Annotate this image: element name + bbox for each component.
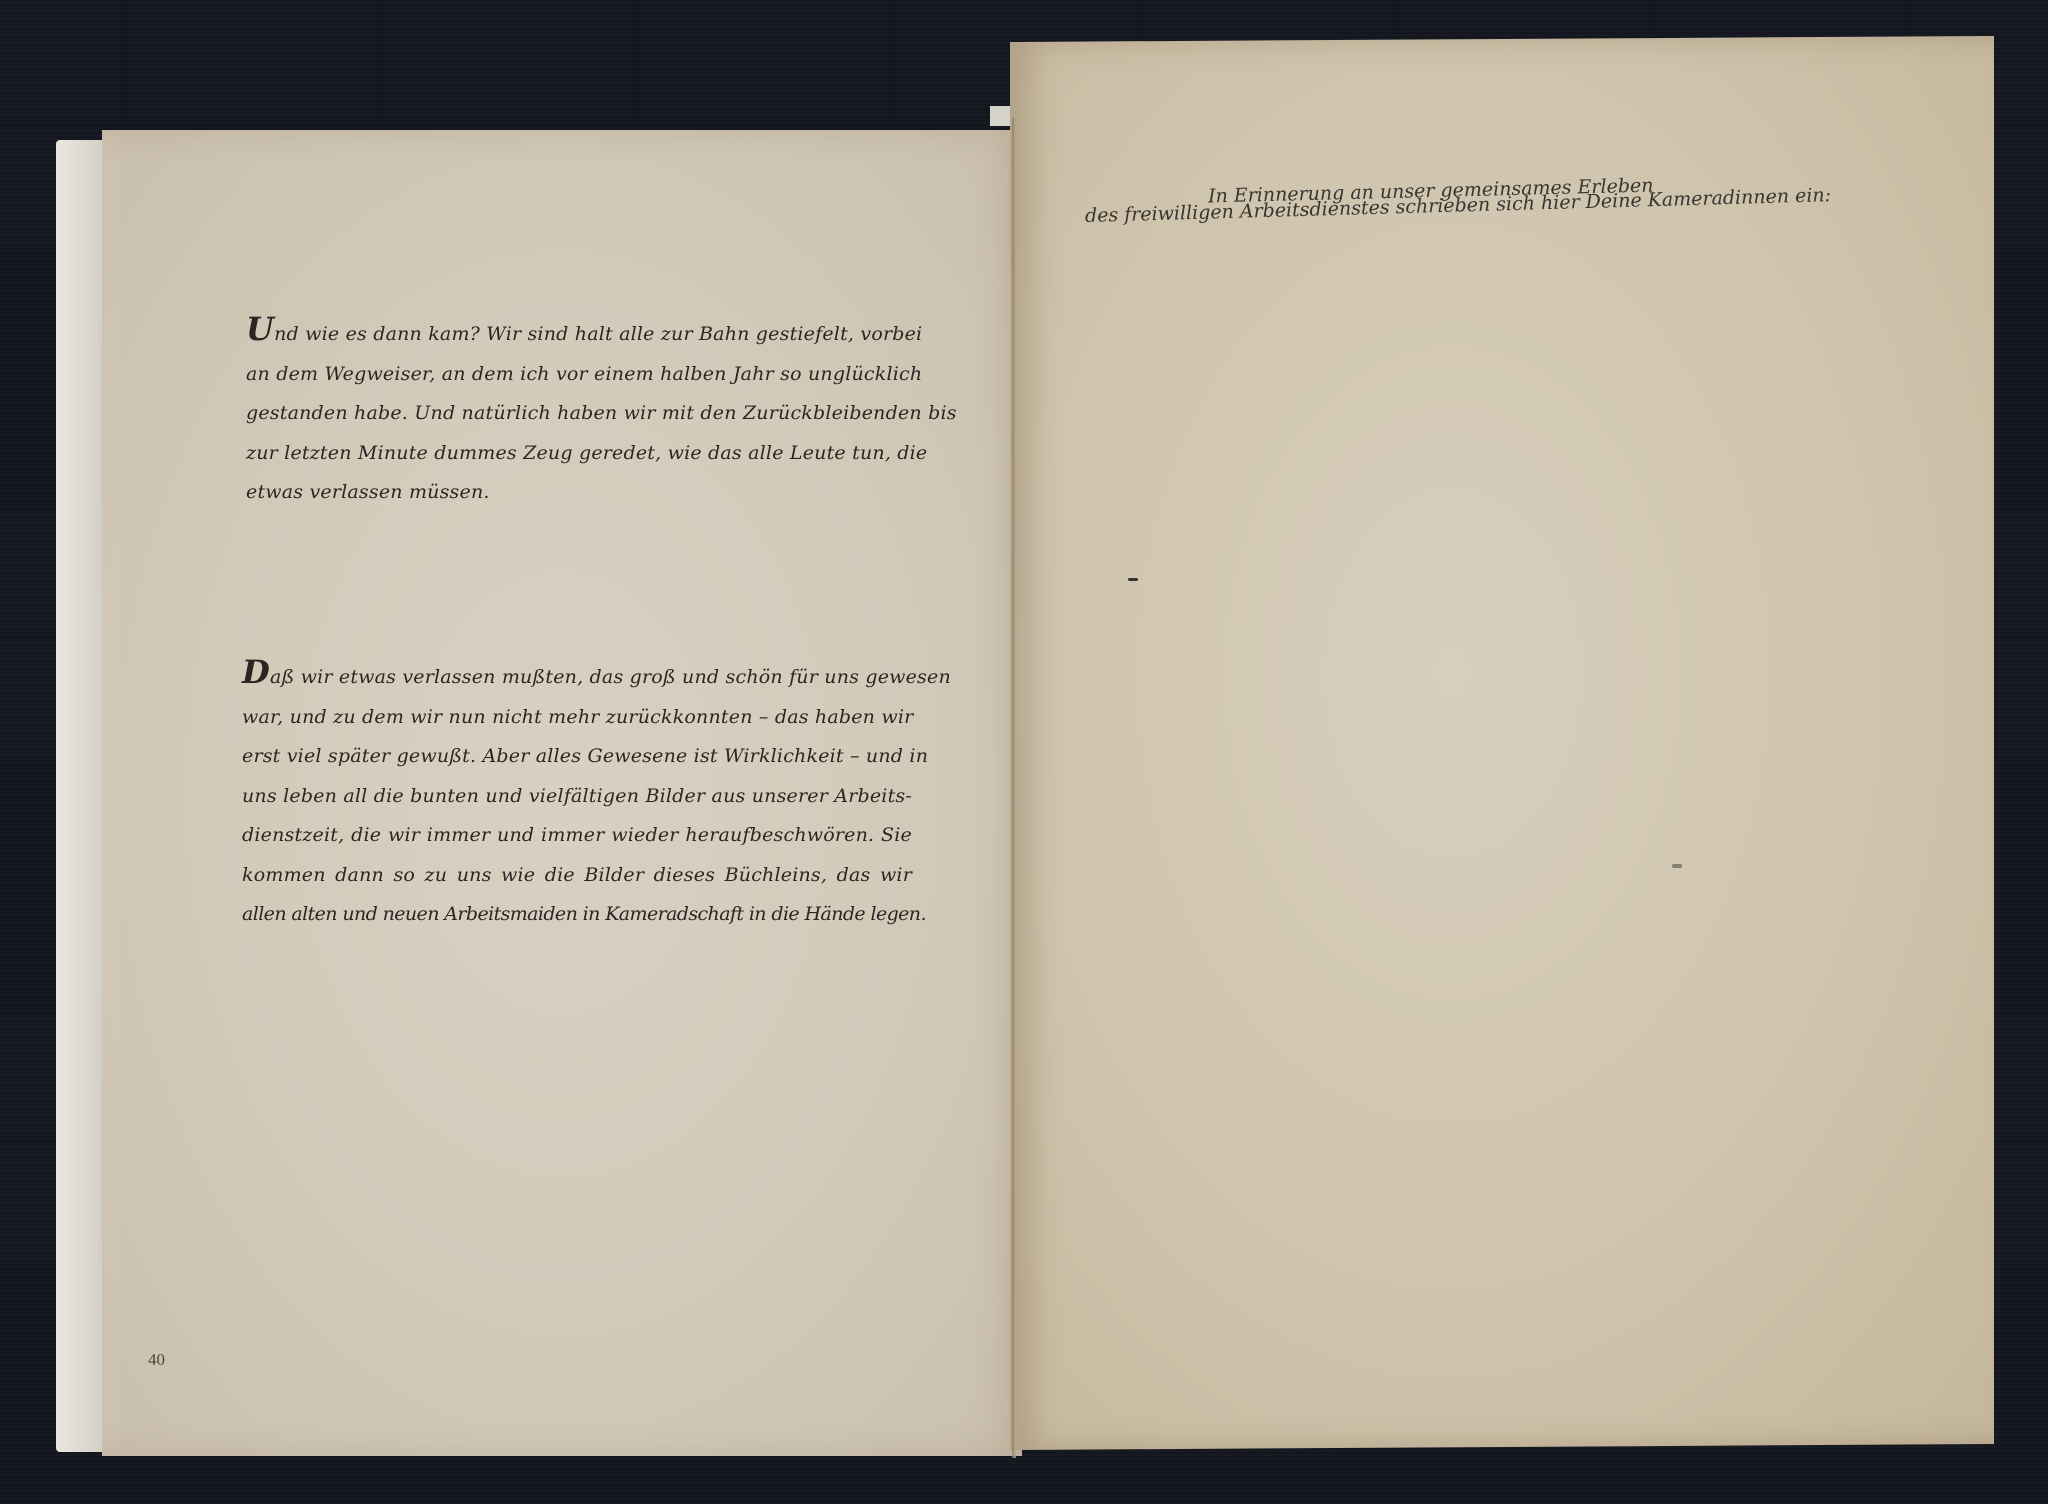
text-line: zur letzten Minute dummes Zeug geredet, … <box>246 434 911 474</box>
text-line: kommen dann so zu uns wie die Bilder die… <box>242 856 912 896</box>
text-line: an dem Wegweiser, an dem ich vor einem h… <box>246 355 911 395</box>
text-line: erst viel später gewußt. Aber alles Gewe… <box>242 737 912 777</box>
paragraph-2: Daß wir etwas verlassen mußten, das groß… <box>242 653 912 935</box>
drop-initial: D <box>242 653 270 691</box>
text-line: war, und zu dem wir nun nicht mehr zurüc… <box>242 698 912 738</box>
drop-initial: U <box>246 310 274 348</box>
text-line: gestanden habe. Und natürlich haben wir … <box>246 394 911 434</box>
paragraph-1: Und wie es dann kam? Wir sind halt alle … <box>246 310 911 513</box>
text-line: allen alten und neuen Arbeitsmaiden in K… <box>242 895 912 935</box>
page-number: 40 <box>148 1350 165 1370</box>
book-gutter <box>1012 118 1016 1458</box>
paper-speck <box>1128 578 1138 581</box>
text-line: nd wie es dann kam? Wir sind halt alle z… <box>274 323 922 345</box>
text-line: dienstzeit, die wir immer und immer wied… <box>242 816 912 856</box>
paper-speck <box>1672 864 1682 868</box>
right-page <box>1010 36 1994 1450</box>
text-line: etwas verlassen müssen. <box>246 473 911 513</box>
text-line: aß wir etwas verlassen mußten, das groß … <box>270 666 951 688</box>
text-line: uns leben all die bunten und vielfältige… <box>242 777 912 817</box>
